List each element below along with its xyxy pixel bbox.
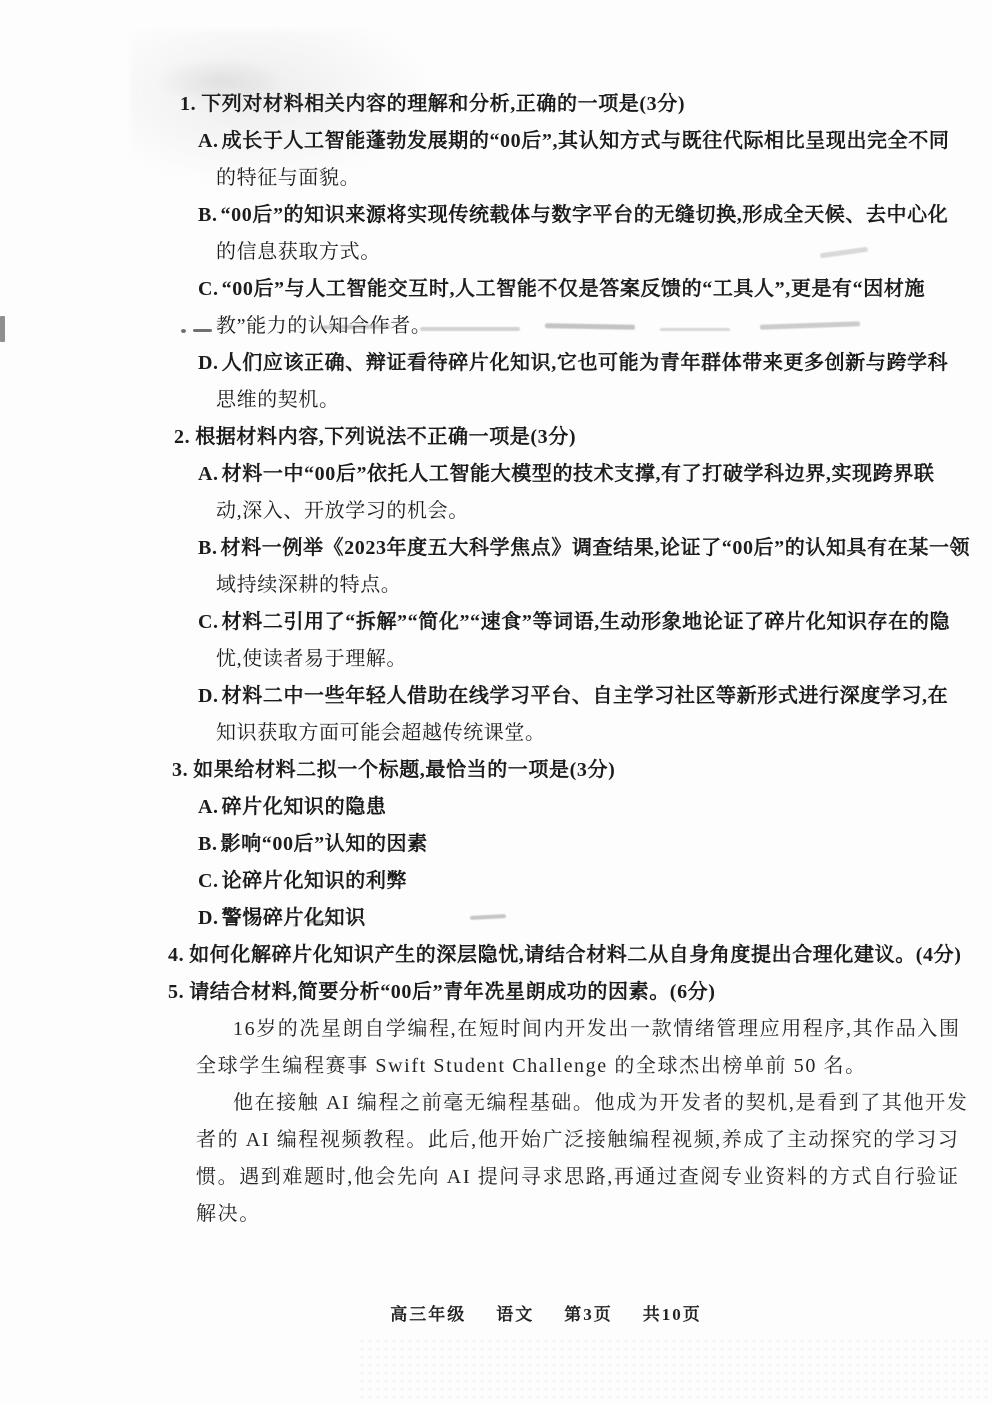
footer-total-pages: 共10页: [643, 1300, 702, 1325]
question-1-option-a-cont: 的特征与面貌。: [0, 160, 992, 197]
question-number: 2.: [174, 426, 190, 448]
question-number: 3.: [172, 759, 188, 781]
question-5-stem: 5.请结合材料,简要分析“00后”青年冼星朗成功的因素。(6分): [0, 974, 992, 1011]
question-1-option-a: A.成长于人工智能蓬勃发展期的“00后”,其认知方式与既往代际相比呈现出完全不同: [0, 123, 992, 160]
option-label: D.: [198, 685, 219, 707]
exam-paper-page: 1.下列对材料相关内容的理解和分析,正确的一项是(3分) A.成长于人工智能蓬勃…: [0, 0, 992, 1403]
option-text: 警惕碎片化知识: [222, 907, 366, 929]
option-text: 动,深入、开放学习的机会。: [216, 500, 469, 522]
page-footer: 高三年级 语文 第3页 共10页: [50, 1300, 992, 1325]
option-text: 论碎片化知识的利弊: [222, 870, 407, 892]
option-label: A.: [198, 463, 219, 485]
option-text: “00后”的知识来源将实现传统载体与数字平台的无缝切换,形成全天候、去中心化: [221, 204, 949, 226]
question-3-option-c: C.论碎片化知识的利弊: [0, 863, 992, 900]
passage-line: 者的 AI 编程视频教程。此后,他开始广泛接触编程视频,养成了主动探究的学习习: [0, 1122, 992, 1159]
question-1-option-b-cont: 的信息获取方式。: [0, 234, 992, 271]
option-text: 材料一中“00后”依托人工智能大模型的技术支撑,有了打破学科边界,实现跨界联: [222, 463, 935, 485]
option-text: 教”能力的认知合作者。: [216, 315, 431, 337]
option-label: A.: [198, 796, 219, 818]
passage-text: 16岁的冼星朗自学编程,在短时间内开发出一款情绪管理应用程序,其作品入围: [233, 1018, 961, 1040]
option-text: 影响“00后”认知的因素: [221, 833, 428, 855]
question-text: 根据材料内容,下列说法不正确一项是(3分): [195, 426, 576, 448]
question-number: 1.: [180, 93, 196, 115]
question-2-stem: 2.根据材料内容,下列说法不正确一项是(3分): [0, 419, 992, 456]
option-label: C.: [198, 278, 219, 300]
question-2-option-d-cont: 知识获取方面可能会超越传统课堂。: [0, 715, 992, 752]
passage-text: 全球学生编程赛事 Swift Student Challenge 的全球杰出榜单…: [196, 1055, 867, 1077]
question-2-option-b-cont: 域持续深耕的特点。: [0, 567, 992, 604]
option-text: “00后”与人工智能交互时,人工智能不仅是答案反馈的“工具人”,更是有“因材施: [222, 278, 925, 300]
question-1-option-d-cont: 思维的契机。: [0, 382, 992, 419]
passage-text: 他在接触 AI 编程之前毫无编程基础。他成为开发者的契机,是看到了其他开发: [233, 1092, 968, 1114]
passage-line: 惯。遇到难题时,他会先向 AI 提问寻求思路,再通过查阅专业资料的方式自行验证: [0, 1159, 992, 1196]
footer-page-number: 第3页: [564, 1300, 613, 1325]
question-1-option-c-cont: 教”能力的认知合作者。: [0, 308, 992, 345]
question-3-option-a: A.碎片化知识的隐患: [0, 789, 992, 826]
option-text: 材料二引用了“拆解”“简化”“速食”等词语,生动形象地论证了碎片化知识存在的隐: [222, 611, 950, 633]
option-text: 域持续深耕的特点。: [216, 574, 401, 596]
option-text: 材料一例举《2023年度五大科学焦点》调查结果,论证了“00后”的认知具有在某一…: [221, 537, 971, 559]
option-label: A.: [198, 130, 219, 152]
question-text: 下列对材料相关内容的理解和分析,正确的一项是(3分): [201, 93, 685, 115]
question-4-stem: 4.如何化解碎片化知识产生的深层隐忧,请结合材料二从自身角度提出合理化建议。(4…: [0, 937, 992, 974]
passage-text: 解决。: [196, 1203, 261, 1225]
option-text: 成长于人工智能蓬勃发展期的“00后”,其认知方式与既往代际相比呈现出完全不同: [222, 130, 950, 152]
option-text: 思维的契机。: [216, 389, 340, 411]
exam-body: 1.下列对材料相关内容的理解和分析,正确的一项是(3分) A.成长于人工智能蓬勃…: [0, 86, 992, 1233]
footer-grade: 高三年级: [390, 1300, 466, 1325]
option-label: B.: [198, 537, 218, 559]
question-2-option-b: B.材料一例举《2023年度五大科学焦点》调查结果,论证了“00后”的认知具有在…: [0, 530, 992, 567]
option-label: C.: [198, 611, 219, 633]
option-text: 的信息获取方式。: [216, 241, 381, 263]
option-text: 忧,使读者易于理解。: [216, 648, 407, 670]
passage-line: 解决。: [0, 1196, 992, 1233]
scan-halftone-texture: [358, 1337, 992, 1403]
option-text: 材料二中一些年轻人借助在线学习平台、自主学习社区等新形式进行深度学习,在: [222, 685, 949, 707]
option-text: 的特征与面貌。: [216, 167, 360, 189]
footer-subject: 语文: [496, 1300, 534, 1325]
question-text: 如何化解碎片化知识产生的深层隐忧,请结合材料二从自身角度提出合理化建议。(4分): [189, 944, 961, 966]
question-text: 请结合材料,简要分析“00后”青年冼星朗成功的因素。(6分): [189, 981, 715, 1003]
question-2-option-a: A.材料一中“00后”依托人工智能大模型的技术支撑,有了打破学科边界,实现跨界联: [0, 456, 992, 493]
question-1-option-b: B.“00后”的知识来源将实现传统载体与数字平台的无缝切换,形成全天候、去中心化: [0, 197, 992, 234]
option-label: C.: [198, 870, 219, 892]
option-label: B.: [198, 204, 218, 226]
question-2-option-c: C.材料二引用了“拆解”“简化”“速食”等词语,生动形象地论证了碎片化知识存在的…: [0, 604, 992, 641]
question-number: 4.: [168, 944, 184, 966]
option-text: 知识获取方面可能会超越传统课堂。: [216, 722, 546, 744]
passage-line: 他在接触 AI 编程之前毫无编程基础。他成为开发者的契机,是看到了其他开发: [0, 1085, 992, 1122]
question-1-option-d: D.人们应该正确、辩证看待碎片化知识,它也可能为青年群体带来更多创新与跨学科: [0, 345, 992, 382]
question-text: 如果给材料二拟一个标题,最恰当的一项是(3分): [193, 759, 615, 781]
question-number: 5.: [168, 981, 184, 1003]
option-label: D.: [198, 352, 219, 374]
option-text: 碎片化知识的隐患: [222, 796, 387, 818]
passage-line: 16岁的冼星朗自学编程,在短时间内开发出一款情绪管理应用程序,其作品入围: [0, 1011, 992, 1048]
passage-line: 全球学生编程赛事 Swift Student Challenge 的全球杰出榜单…: [0, 1048, 992, 1085]
question-2-option-c-cont: 忧,使读者易于理解。: [0, 641, 992, 678]
option-text: 人们应该正确、辩证看待碎片化知识,它也可能为青年群体带来更多创新与跨学科: [222, 352, 949, 374]
option-label: D.: [198, 907, 219, 929]
question-3-option-b: B.影响“00后”认知的因素: [0, 826, 992, 863]
question-3-stem: 3.如果给材料二拟一个标题,最恰当的一项是(3分): [0, 752, 992, 789]
question-3-option-d: D.警惕碎片化知识: [0, 900, 992, 937]
passage-text: 者的 AI 编程视频教程。此后,他开始广泛接触编程视频,养成了主动探究的学习习: [196, 1129, 960, 1151]
option-label: B.: [198, 833, 218, 855]
question-1-stem: 1.下列对材料相关内容的理解和分析,正确的一项是(3分): [0, 86, 992, 123]
question-2-option-d: D.材料二中一些年轻人借助在线学习平台、自主学习社区等新形式进行深度学习,在: [0, 678, 992, 715]
question-1-option-c: C.“00后”与人工智能交互时,人工智能不仅是答案反馈的“工具人”,更是有“因材…: [0, 271, 992, 308]
passage-text: 惯。遇到难题时,他会先向 AI 提问寻求思路,再通过查阅专业资料的方式自行验证: [196, 1166, 960, 1188]
question-2-option-a-cont: 动,深入、开放学习的机会。: [0, 493, 992, 530]
